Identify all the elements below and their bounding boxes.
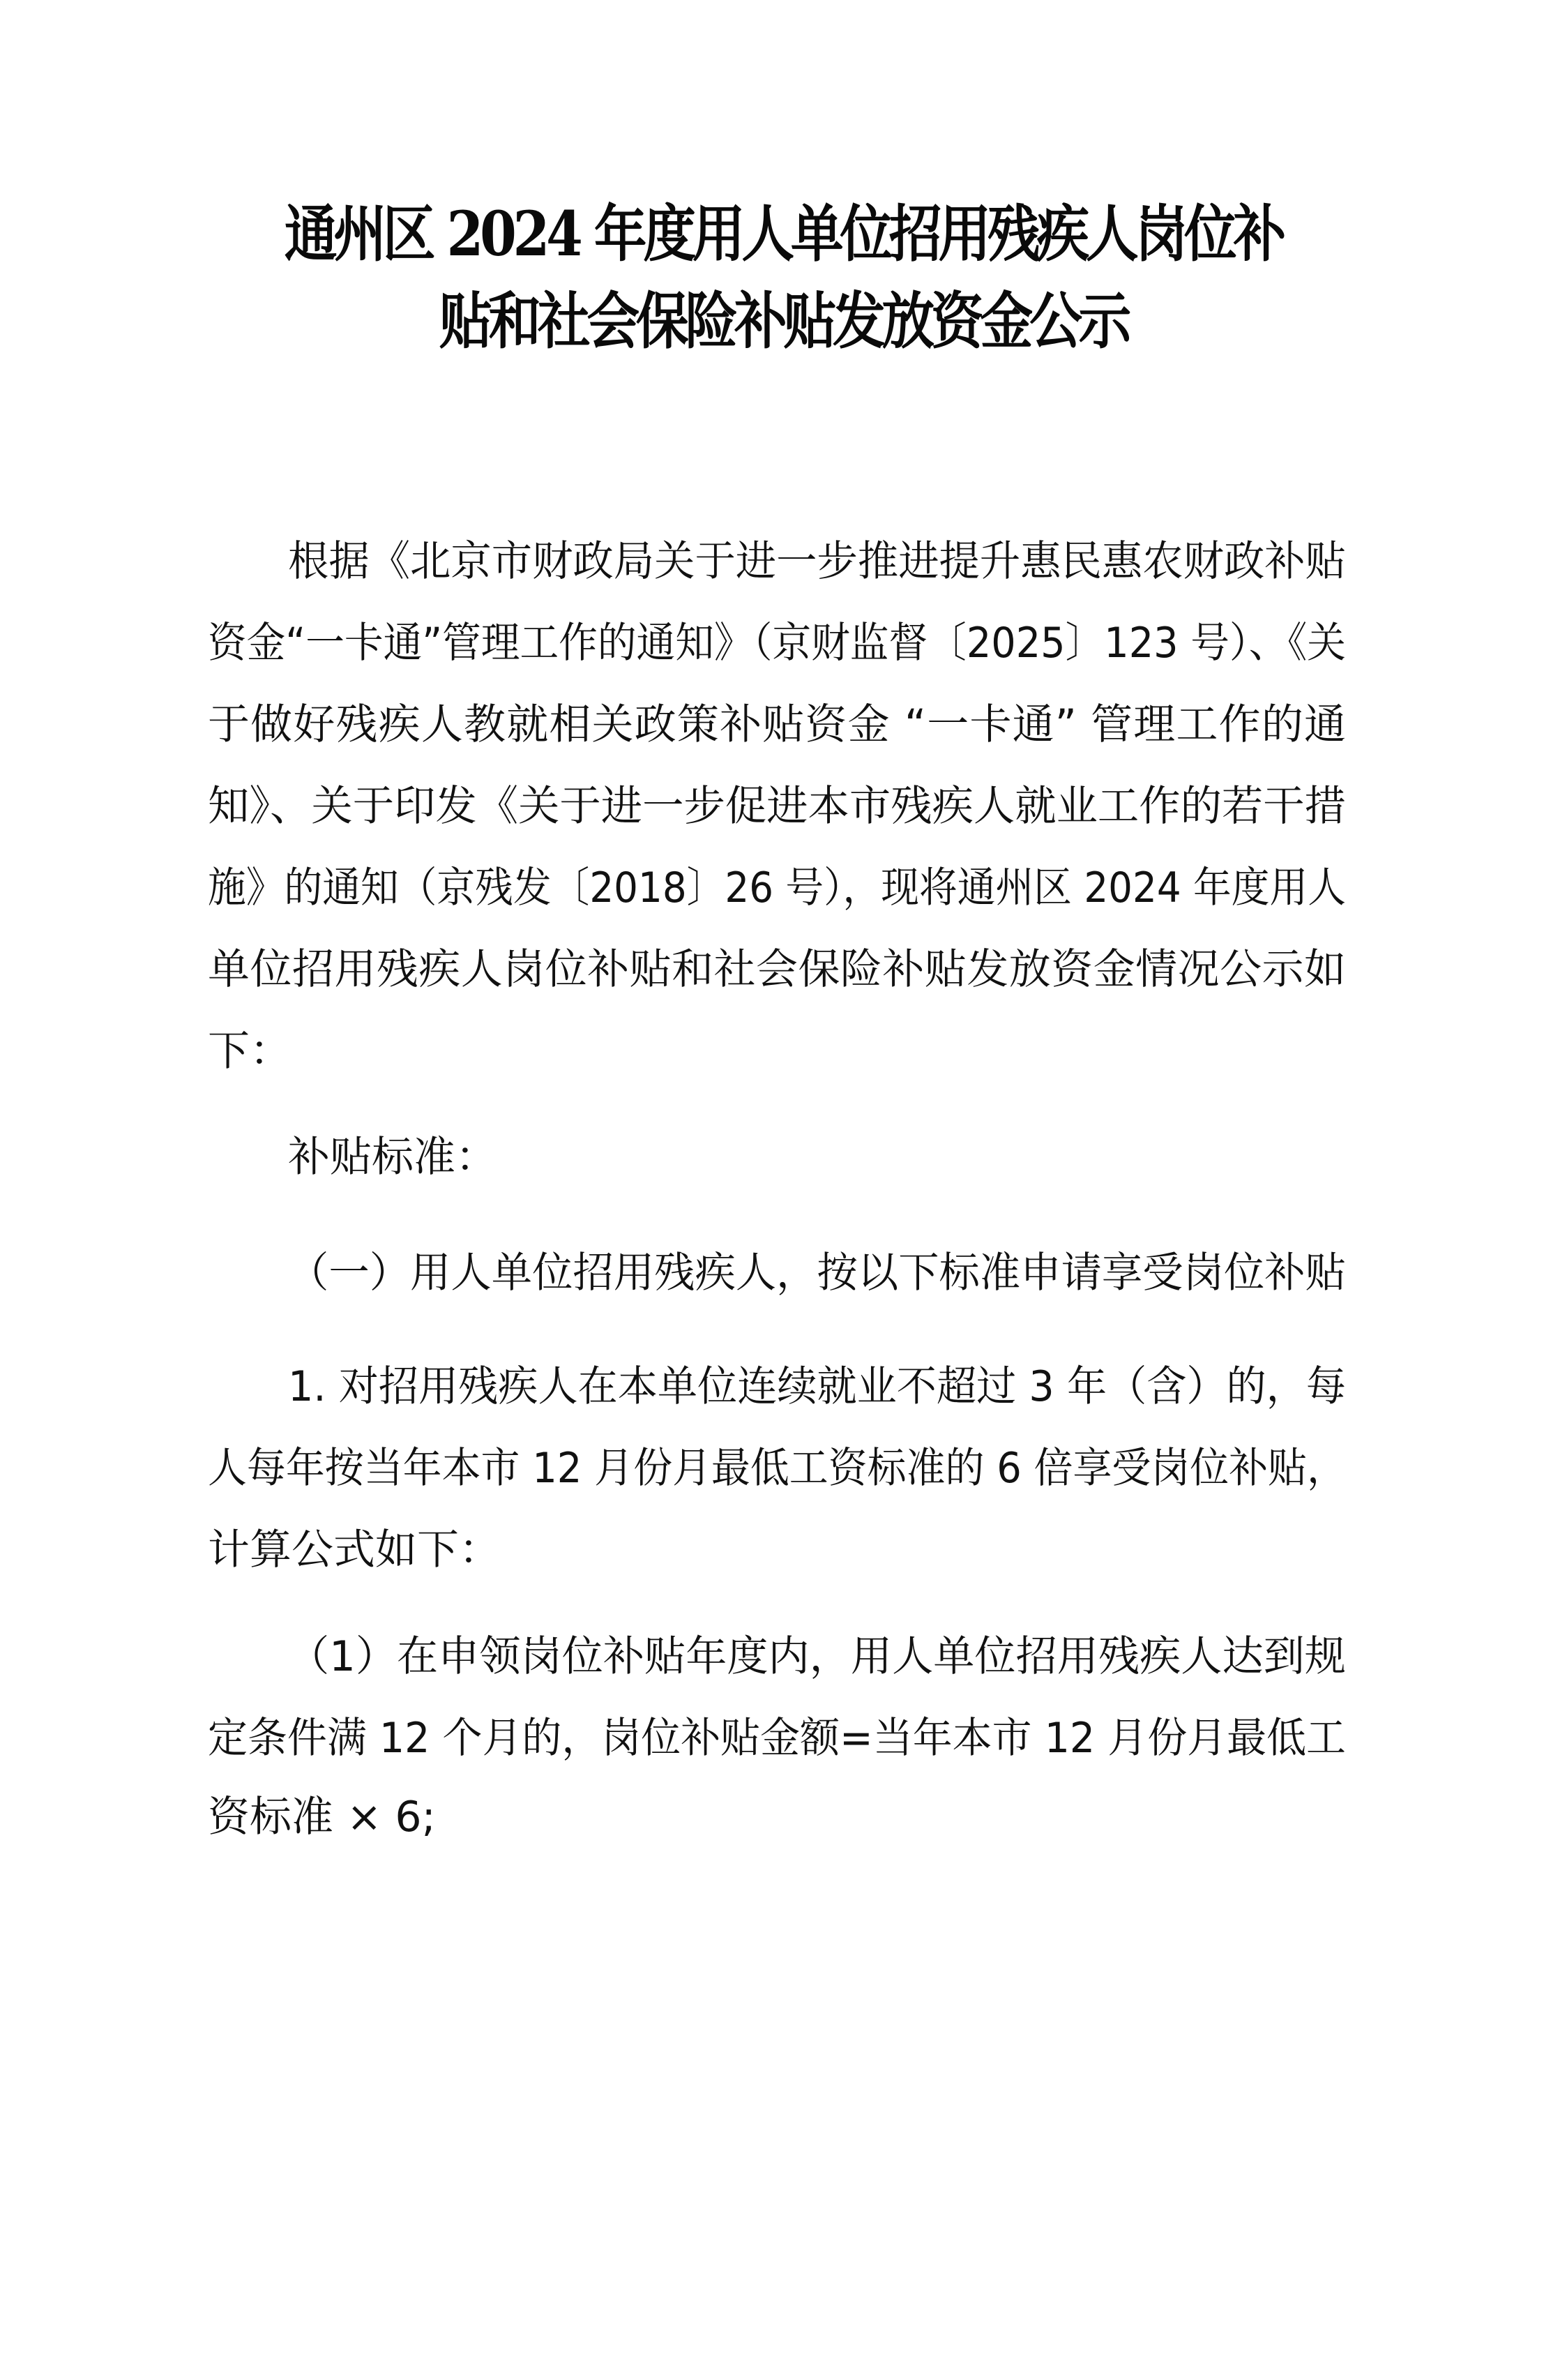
paragraph-line: 单位招用残疾人岗位补贴和社会保险补贴发放资金情况公示如 (208, 945, 1346, 994)
paragraph-line: 施》的通知（京残发〔2018〕26 号），现将通州区 2024 年度用人 (208, 864, 1346, 912)
paragraph-line: （1）在申领岗位补贴年度内，用人单位招用残疾人达到规 (288, 1632, 1346, 1681)
document-page: 通州区 2024 年度用人单位招用残疾人岗位补 贴和社会保险补贴发放资金公示 根… (0, 0, 1567, 2380)
paragraph-line: 知》、关于印发《关于进一步促进本市残疾人就业工作的若干措 (208, 782, 1346, 831)
paragraph-line: （一）用人单位招用残疾人，按以下标准申请享受岗位补贴 (288, 1249, 1346, 1297)
paragraph-line: 根据《北京市财政局关于进一步推进提升惠民惠农财政补贴 (288, 537, 1346, 586)
paragraph-line: 资标准 × 6; (208, 1793, 1346, 1842)
paragraph-line: 定条件满 12 个月的，岗位补贴金额=当年本市 12 月份月最低工 (208, 1714, 1346, 1763)
document-title-line-1: 通州区 2024 年度用人单位招用残疾人岗位补 (109, 199, 1457, 269)
paragraph-line: 1. 对招用残疾人在本单位连续就业不超过 3 年（含）的，每 (288, 1362, 1346, 1411)
paragraph-line: 于做好残疾人教就相关政策补贴资金 “一卡通” 管理工作的通 (208, 700, 1346, 749)
paragraph-line: 下： (208, 1027, 1346, 1076)
section-heading: 补贴标准： (288, 1133, 1346, 1182)
document-title-line-2: 贴和社会保险补贴发放资金公示 (109, 286, 1457, 356)
paragraph-line: 资金“一卡通”管理工作的通知》（京财监督〔2025〕123 号）、《关 (208, 619, 1346, 668)
paragraph-line: 人每年按当年本市 12 月份月最低工资标准的 6 倍享受岗位补贴， (208, 1444, 1346, 1493)
paragraph-line: 计算公式如下： (208, 1526, 1346, 1574)
